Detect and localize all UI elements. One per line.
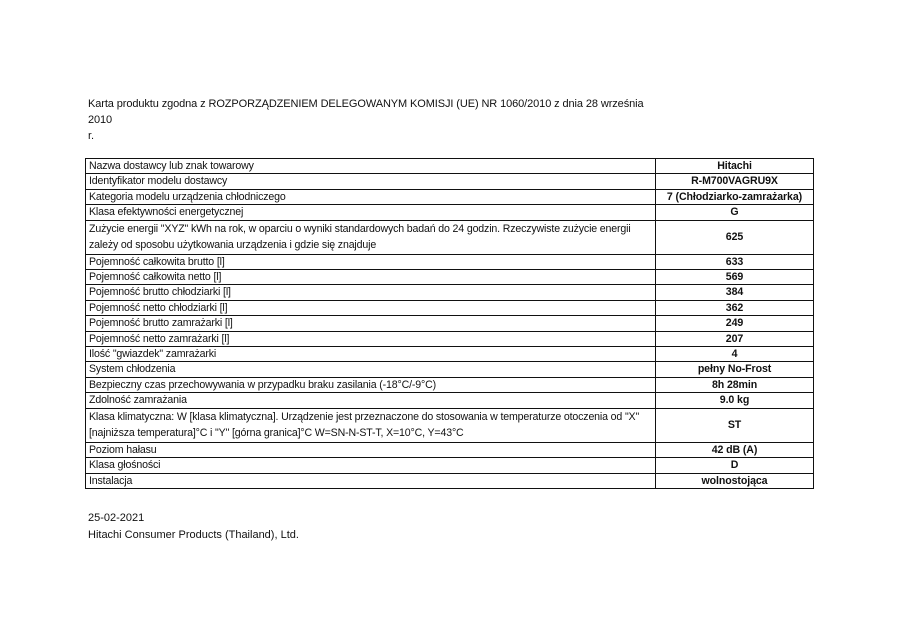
row-label-energy-consumption: Zużycie energii "XYZ" kWh na rok, w opar… xyxy=(86,220,656,254)
heading-line-2: r. xyxy=(88,128,658,144)
table-row: Klasa klimatyczna: W [klasa klimatyczna]… xyxy=(86,408,814,442)
row-label-fridge-gross: Pojemność brutto chłodziarki [l] xyxy=(86,285,656,300)
row-label-freezer-net: Pojemność netto zamrażarki [l] xyxy=(86,331,656,346)
row-value-freezer-net: 207 xyxy=(656,331,814,346)
row-value-star-rating: 4 xyxy=(656,347,814,362)
row-label-energy-class: Klasa efektywności energetycznej xyxy=(86,205,656,220)
row-label-supplier: Nazwa dostawcy lub znak towarowy xyxy=(86,159,656,174)
row-value-fridge-gross: 384 xyxy=(656,285,814,300)
table-row: Bezpieczny czas przechowywania w przypad… xyxy=(86,377,814,392)
document-heading: Karta produktu zgodna z ROZPORZĄDZENIEM … xyxy=(88,96,658,144)
footer-date: 25-02-2021 xyxy=(88,510,299,527)
table-row: Ilość "gwiazdek" zamrażarki 4 xyxy=(86,347,814,362)
row-label-noise-level: Poziom hałasu xyxy=(86,442,656,457)
row-value-climate-class: ST xyxy=(656,408,814,442)
row-label-total-net: Pojemność całkowita netto [l] xyxy=(86,270,656,285)
table-row: Poziom hałasu 42 dB (A) xyxy=(86,442,814,457)
table-row: Zużycie energii "XYZ" kWh na rok, w opar… xyxy=(86,220,814,254)
table-row: Klasa efektywności energetycznej G xyxy=(86,205,814,220)
row-label-freezing-capacity: Zdolność zamrażania xyxy=(86,393,656,408)
row-label-freezer-gross: Pojemność brutto zamrażarki [l] xyxy=(86,316,656,331)
table-row: Instalacja wolnostojąca xyxy=(86,473,814,488)
row-value-freezing-capacity: 9.0 kg xyxy=(656,393,814,408)
row-label-climate-class: Klasa klimatyczna: W [klasa klimatyczna]… xyxy=(86,408,656,442)
row-value-freezer-gross: 249 xyxy=(656,316,814,331)
row-value-supplier: Hitachi xyxy=(656,159,814,174)
row-value-fridge-net: 362 xyxy=(656,300,814,315)
table-row: Identyfikator modelu dostawcy R-M700VAGR… xyxy=(86,174,814,189)
row-value-storage-time: 8h 28min xyxy=(656,377,814,392)
row-label-cooling-system: System chłodzenia xyxy=(86,362,656,377)
row-label-noise-class: Klasa głośności xyxy=(86,458,656,473)
row-value-energy-class: G xyxy=(656,205,814,220)
row-value-energy-consumption: 625 xyxy=(656,220,814,254)
row-value-total-gross: 633 xyxy=(656,254,814,269)
row-value-noise-level: 42 dB (A) xyxy=(656,442,814,457)
row-label-installation: Instalacja xyxy=(86,473,656,488)
heading-line-1: Karta produktu zgodna z ROZPORZĄDZENIEM … xyxy=(88,96,658,128)
table-row: Kategoria modelu urządzenia chłodniczego… xyxy=(86,189,814,204)
row-label-storage-time: Bezpieczny czas przechowywania w przypad… xyxy=(86,377,656,392)
row-value-noise-class: D xyxy=(656,458,814,473)
row-label-total-gross: Pojemność całkowita brutto [l] xyxy=(86,254,656,269)
table-row: Pojemność netto zamrażarki [l] 207 xyxy=(86,331,814,346)
document-footer: 25-02-2021 Hitachi Consumer Products (Th… xyxy=(88,510,299,544)
table-row: Pojemność całkowita netto [l] 569 xyxy=(86,270,814,285)
footer-company: Hitachi Consumer Products (Thailand), Lt… xyxy=(88,527,299,544)
table-row: Zdolność zamrażania 9.0 kg xyxy=(86,393,814,408)
row-label-fridge-net: Pojemność netto chłodziarki [l] xyxy=(86,300,656,315)
row-value-model-id: R-M700VAGRU9X xyxy=(656,174,814,189)
table-row: System chłodzenia pełny No-Frost xyxy=(86,362,814,377)
row-value-category: 7 (Chłodziarko-zamrażarka) xyxy=(656,189,814,204)
row-value-total-net: 569 xyxy=(656,270,814,285)
row-value-installation: wolnostojąca xyxy=(656,473,814,488)
table-row: Pojemność netto chłodziarki [l] 362 xyxy=(86,300,814,315)
row-label-category: Kategoria modelu urządzenia chłodniczego xyxy=(86,189,656,204)
table-row: Pojemność brutto chłodziarki [l] 384 xyxy=(86,285,814,300)
row-value-cooling-system: pełny No-Frost xyxy=(656,362,814,377)
table-row: Nazwa dostawcy lub znak towarowy Hitachi xyxy=(86,159,814,174)
product-fiche-table: Nazwa dostawcy lub znak towarowy Hitachi… xyxy=(85,158,814,489)
row-label-star-rating: Ilość "gwiazdek" zamrażarki xyxy=(86,347,656,362)
row-label-model-id: Identyfikator modelu dostawcy xyxy=(86,174,656,189)
table-row: Pojemność brutto zamrażarki [l] 249 xyxy=(86,316,814,331)
table-row: Pojemność całkowita brutto [l] 633 xyxy=(86,254,814,269)
table-row: Klasa głośności D xyxy=(86,458,814,473)
